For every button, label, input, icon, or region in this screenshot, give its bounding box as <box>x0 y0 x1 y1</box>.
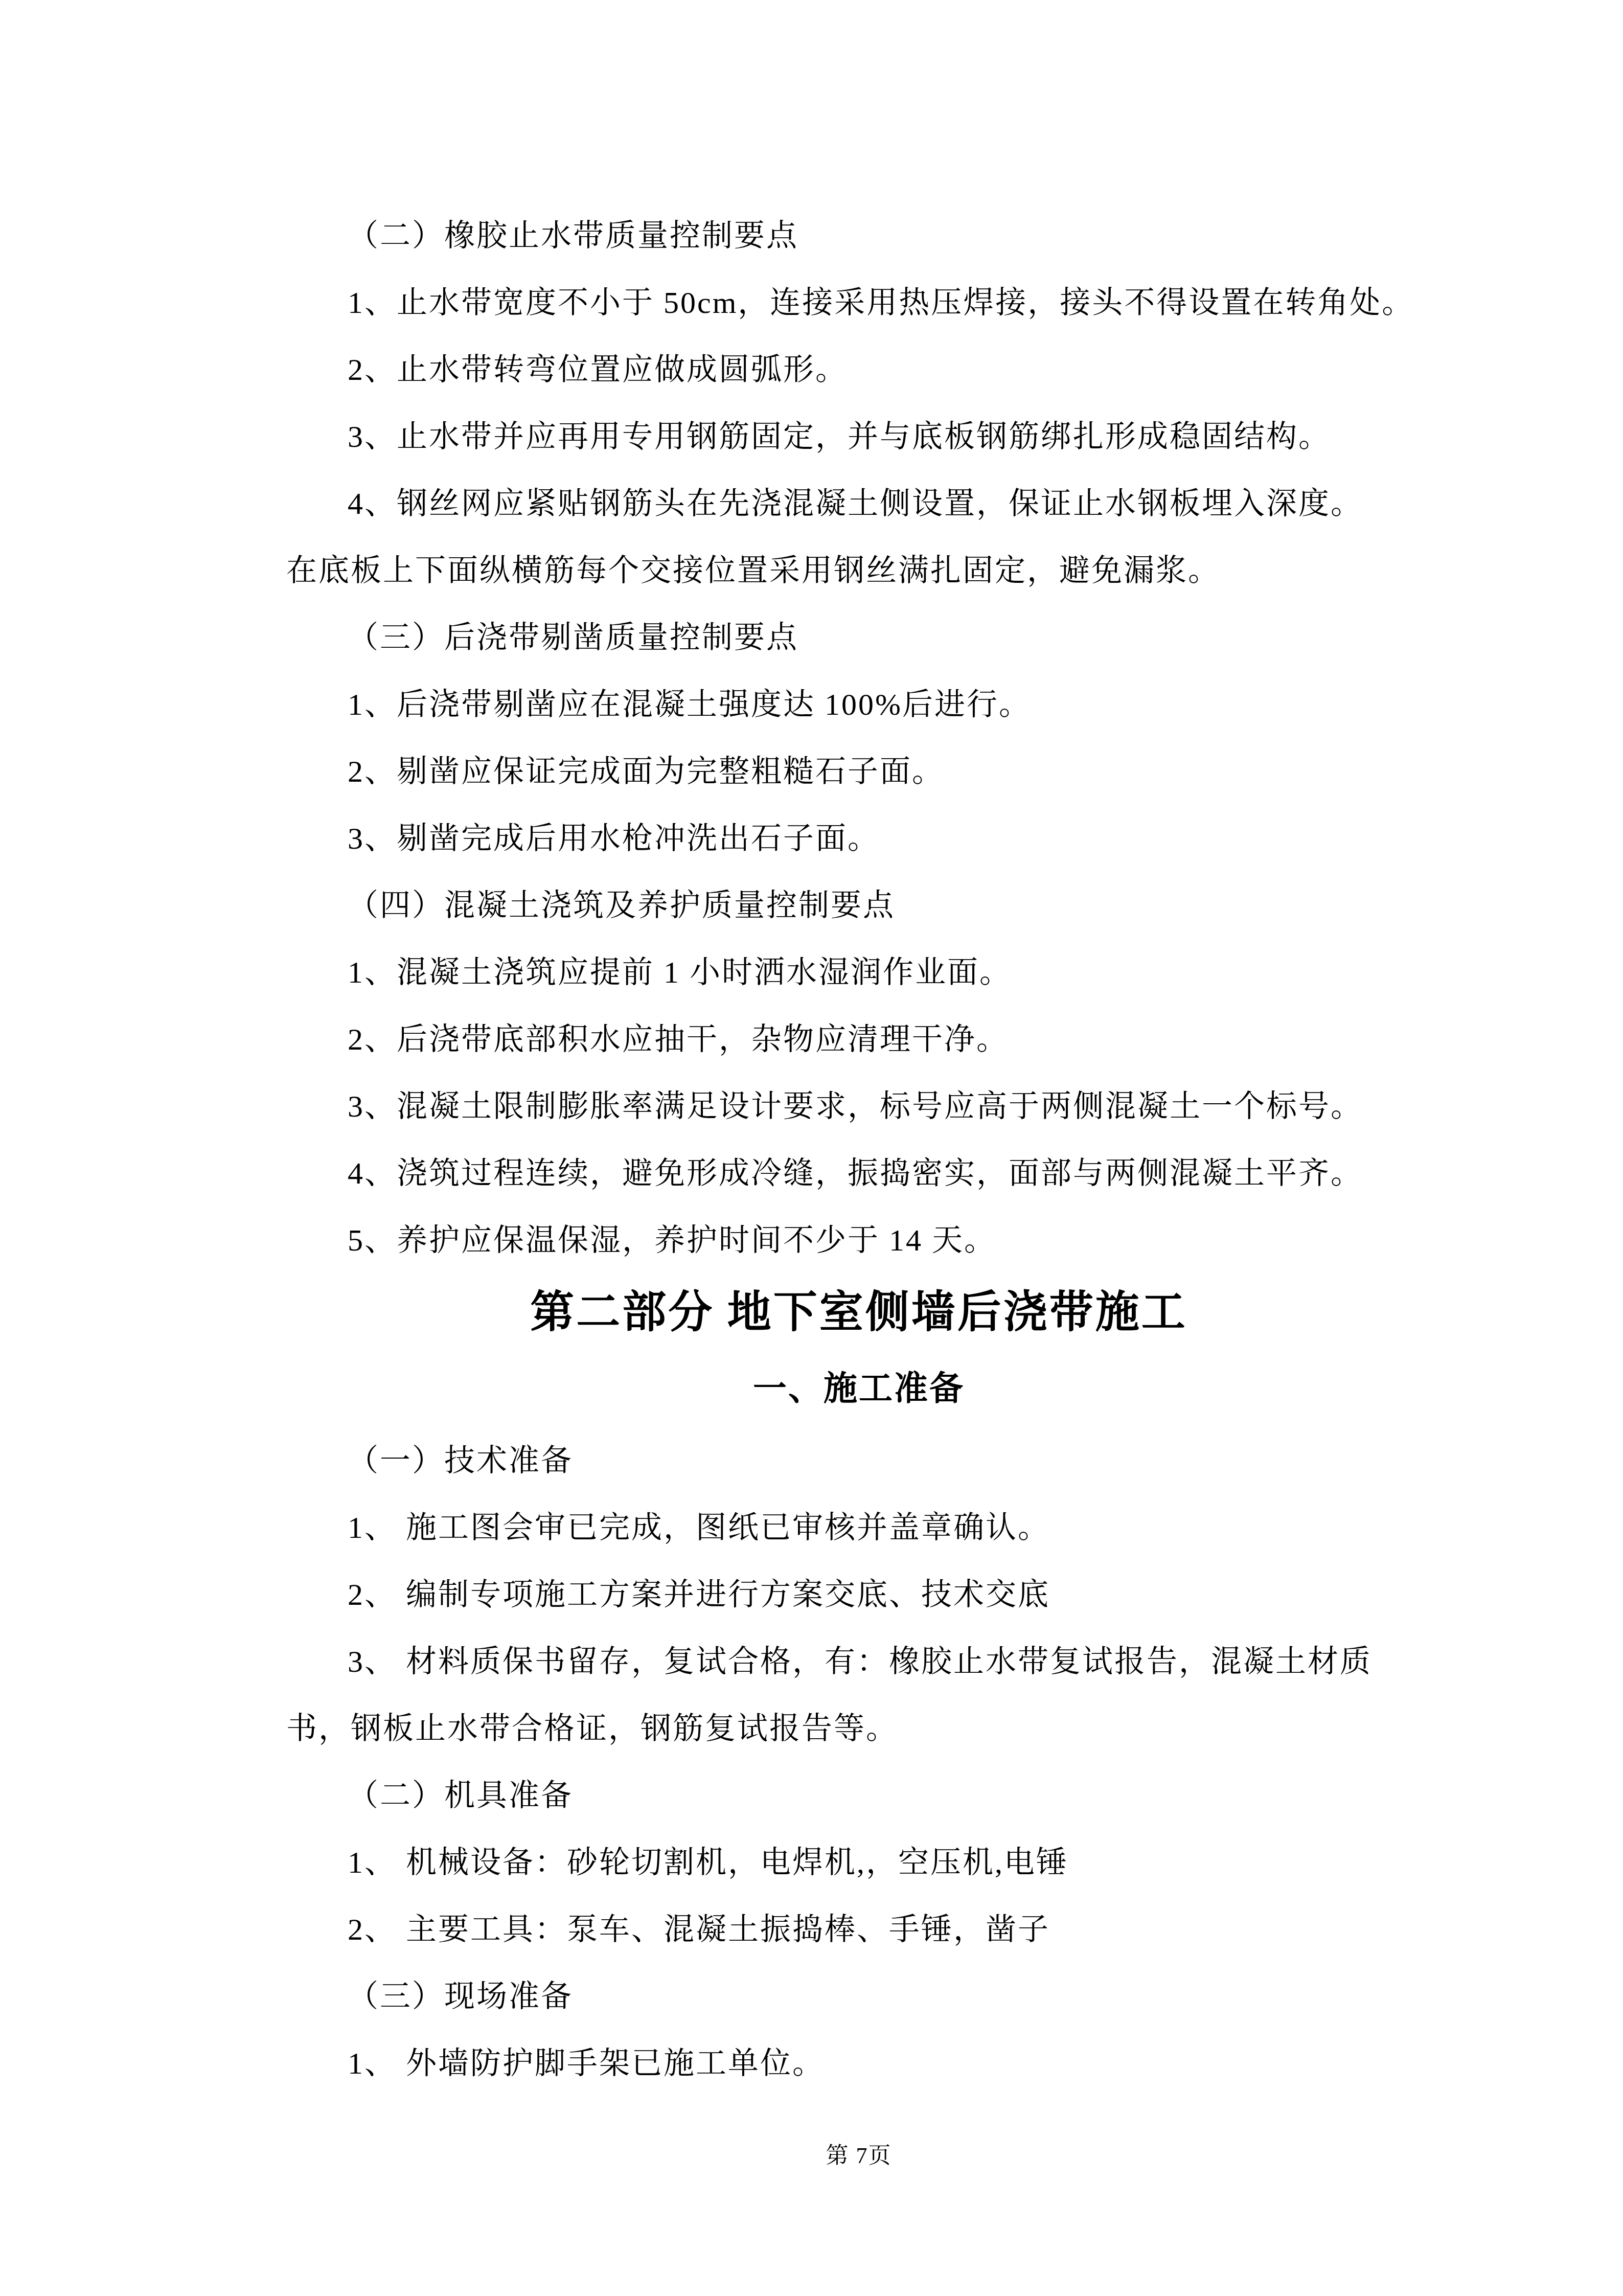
chapter-title: 一、施工准备 <box>286 1351 1431 1427</box>
list-item: 4、浇筑过程连续，避免形成冷缝，振捣密实，面部与两侧混凝土平齐。 <box>286 1140 1431 1207</box>
list-item: 3、 材料质保书留存，复试合格，有：橡胶止水带复试报告，混凝土材质 <box>286 1628 1431 1695</box>
document-body: （二）橡胶止水带质量控制要点1、止水带宽度不小于 50cm，连接采用热压焊接，接… <box>0 0 1623 2097</box>
list-item: 1、后浇带剔凿应在混凝土强度达 100%后进行。 <box>286 671 1431 738</box>
list-item: 2、止水带转弯位置应做成圆弧形。 <box>286 336 1431 403</box>
list-item: 2、 编制专项施工方案并进行方案交底、技术交底 <box>286 1561 1431 1628</box>
list-item: 4、钢丝网应紧贴钢筋头在先浇混凝土侧设置，保证止水钢板埋入深度。 <box>286 470 1431 537</box>
section-heading: （三）现场准备 <box>286 1963 1431 2030</box>
list-item: 1、 外墙防护脚手架已施工单位。 <box>286 2030 1431 2097</box>
list-item: 2、后浇带底部积水应抽干，杂物应清理干净。 <box>286 1006 1431 1073</box>
section-heading: （一）技术准备 <box>286 1427 1431 1494</box>
list-item: 2、剔凿应保证完成面为完整粗糙石子面。 <box>286 738 1431 805</box>
list-item: 1、止水带宽度不小于 50cm，连接采用热压焊接，接头不得设置在转角处。 <box>286 269 1431 336</box>
section-heading: （二）机具准备 <box>286 1762 1431 1829</box>
section-heading: （二）橡胶止水带质量控制要点 <box>286 202 1431 269</box>
list-item: 3、剔凿完成后用水枪冲洗出石子面。 <box>286 805 1431 872</box>
section-heading: （四）混凝土浇筑及养护质量控制要点 <box>286 872 1431 939</box>
list-item: 1、 机械设备：砂轮切割机，电焊机,，空压机,电锤 <box>286 1829 1431 1896</box>
list-item: 2、 主要工具：泵车、混凝土振捣棒、手锤，凿子 <box>286 1896 1431 1963</box>
list-item: 5、养护应保温保湿，养护时间不少于 14 天。 <box>286 1207 1431 1274</box>
page-number: 第 7页 <box>286 2137 1431 2170</box>
list-item: 1、 施工图会审已完成，图纸已审核并盖章确认。 <box>286 1494 1431 1561</box>
list-item: 3、止水带并应再用专用钢筋固定，并与底板钢筋绑扎形成稳固结构。 <box>286 403 1431 470</box>
document-page: （二）橡胶止水带质量控制要点1、止水带宽度不小于 50cm，连接采用热压焊接，接… <box>0 0 1623 2296</box>
part-title: 第二部分 地下室侧墙后浇带施工 <box>286 1274 1431 1351</box>
list-item: 3、混凝土限制膨胀率满足设计要求，标号应高于两侧混凝土一个标号。 <box>286 1073 1431 1140</box>
paragraph-continuation: 书，钢板止水带合格证，钢筋复试报告等。 <box>286 1695 1431 1762</box>
section-heading: （三）后浇带剔凿质量控制要点 <box>286 604 1431 671</box>
paragraph-continuation: 在底板上下面纵横筋每个交接位置采用钢丝满扎固定，避免漏浆。 <box>286 537 1431 604</box>
list-item: 1、混凝土浇筑应提前 1 小时洒水湿润作业面。 <box>286 939 1431 1006</box>
